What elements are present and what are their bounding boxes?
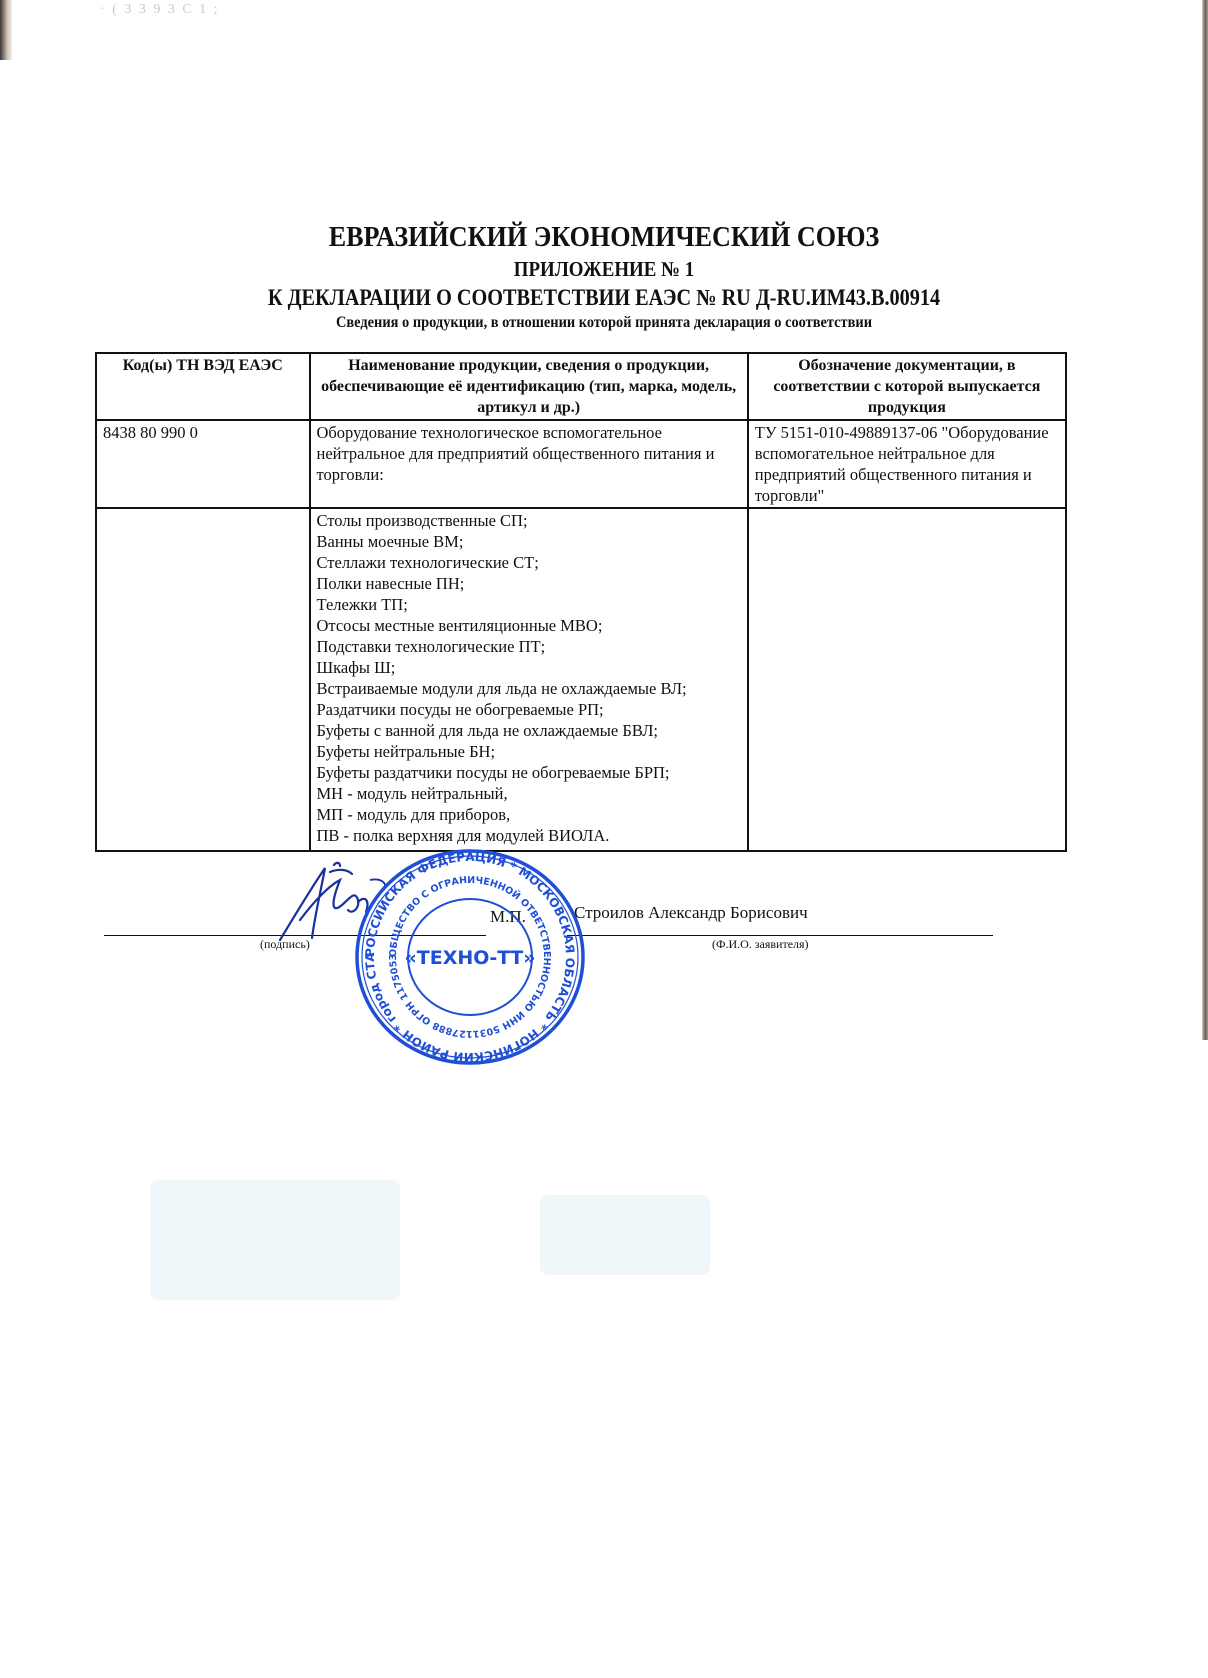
product-item: Столы производственные СП; <box>317 510 741 531</box>
union-title: ЕВРАЗИЙСКИЙ ЭКОНОМИЧЕСКИЙ СОЮЗ <box>60 220 1147 254</box>
company-stamp-icon: РОССИЙСКАЯ ФЕДЕРАЦИЯ * МОСКОВСКАЯ ОБЛАСТ… <box>352 846 588 1068</box>
scan-edge-right <box>1202 0 1208 1040</box>
column-header-name: Наименование продукции, сведения о проду… <box>310 353 748 420</box>
applicant-name-line <box>567 935 993 936</box>
product-item: Буфеты нейтральные БН; <box>317 741 741 762</box>
product-item: МН - модуль нейтральный, <box>317 783 741 804</box>
applicant-name: Строилов Александр Борисович <box>574 903 808 923</box>
product-item: ПВ - полка верхняя для модулей ВИОЛА. <box>317 825 741 846</box>
product-item: МП - модуль для приборов, <box>317 804 741 825</box>
declaration-subtitle: Сведения о продукции, в отношении которо… <box>60 312 1147 334</box>
stamp-company-name: «ТЕХНО-ТТ» <box>405 947 536 969</box>
applicant-fio-caption: (Ф.И.О. заявителя) <box>712 937 809 952</box>
product-item: Шкафы Ш; <box>317 657 741 678</box>
product-item: Полки навесные ПН; <box>317 573 741 594</box>
product-item: Встраиваемые модули для льда не охлаждае… <box>317 678 741 699</box>
product-item: Тележки ТП; <box>317 594 741 615</box>
scan-artifact <box>150 1180 400 1300</box>
table-header-row: Код(ы) ТН ВЭД ЕАЭС Наименование продукци… <box>96 353 1066 420</box>
column-header-documentation: Обозначение документации, в соответствии… <box>748 353 1066 420</box>
product-item: Буфеты раздатчики посуды не обогреваемые… <box>317 762 741 783</box>
product-item: Отсосы местные вентиляционные МВО; <box>317 615 741 636</box>
scan-artifact <box>540 1195 710 1275</box>
product-item: Ванны моечные ВМ; <box>317 531 741 552</box>
scan-noise: · ( 3 3 9 3 C 1 ; <box>100 2 220 18</box>
product-table: Код(ы) ТН ВЭД ЕАЭС Наименование продукци… <box>95 352 1067 852</box>
table-row: Столы производственные СП; Ванны моечные… <box>96 508 1066 851</box>
scan-edge-left <box>0 0 12 60</box>
product-item: Стеллажи технологические СТ; <box>317 552 741 573</box>
cell-documentation: ТУ 5151-010-49889137-06 "Оборудование вс… <box>748 420 1066 508</box>
column-header-code: Код(ы) ТН ВЭД ЕАЭС <box>96 353 310 420</box>
product-item: Буфеты с ванной для льда не охлаждаемые … <box>317 720 741 741</box>
cell-code: 8438 80 990 0 <box>96 420 310 508</box>
appendix-title: ПРИЛОЖЕНИЕ № 1 <box>60 256 1147 283</box>
cell-product-list: Столы производственные СП; Ванны моечные… <box>310 508 748 851</box>
cell-product-name: Оборудование технологическое вспомогател… <box>310 420 748 508</box>
product-item: Раздатчики посуды не обогреваемые РП; <box>317 699 741 720</box>
declaration-title: К ДЕКЛАРАЦИИ О СООТВЕТСТВИИ ЕАЭС № RU Д-… <box>72 283 1135 312</box>
table-row: 8438 80 990 0 Оборудование технологическ… <box>96 420 1066 508</box>
cell-documentation <box>748 508 1066 851</box>
cell-code <box>96 508 310 851</box>
product-item: Подставки технологические ПТ; <box>317 636 741 657</box>
document-header: ЕВРАЗИЙСКИЙ ЭКОНОМИЧЕСКИЙ СОЮЗ ПРИЛОЖЕНИ… <box>0 220 1208 334</box>
